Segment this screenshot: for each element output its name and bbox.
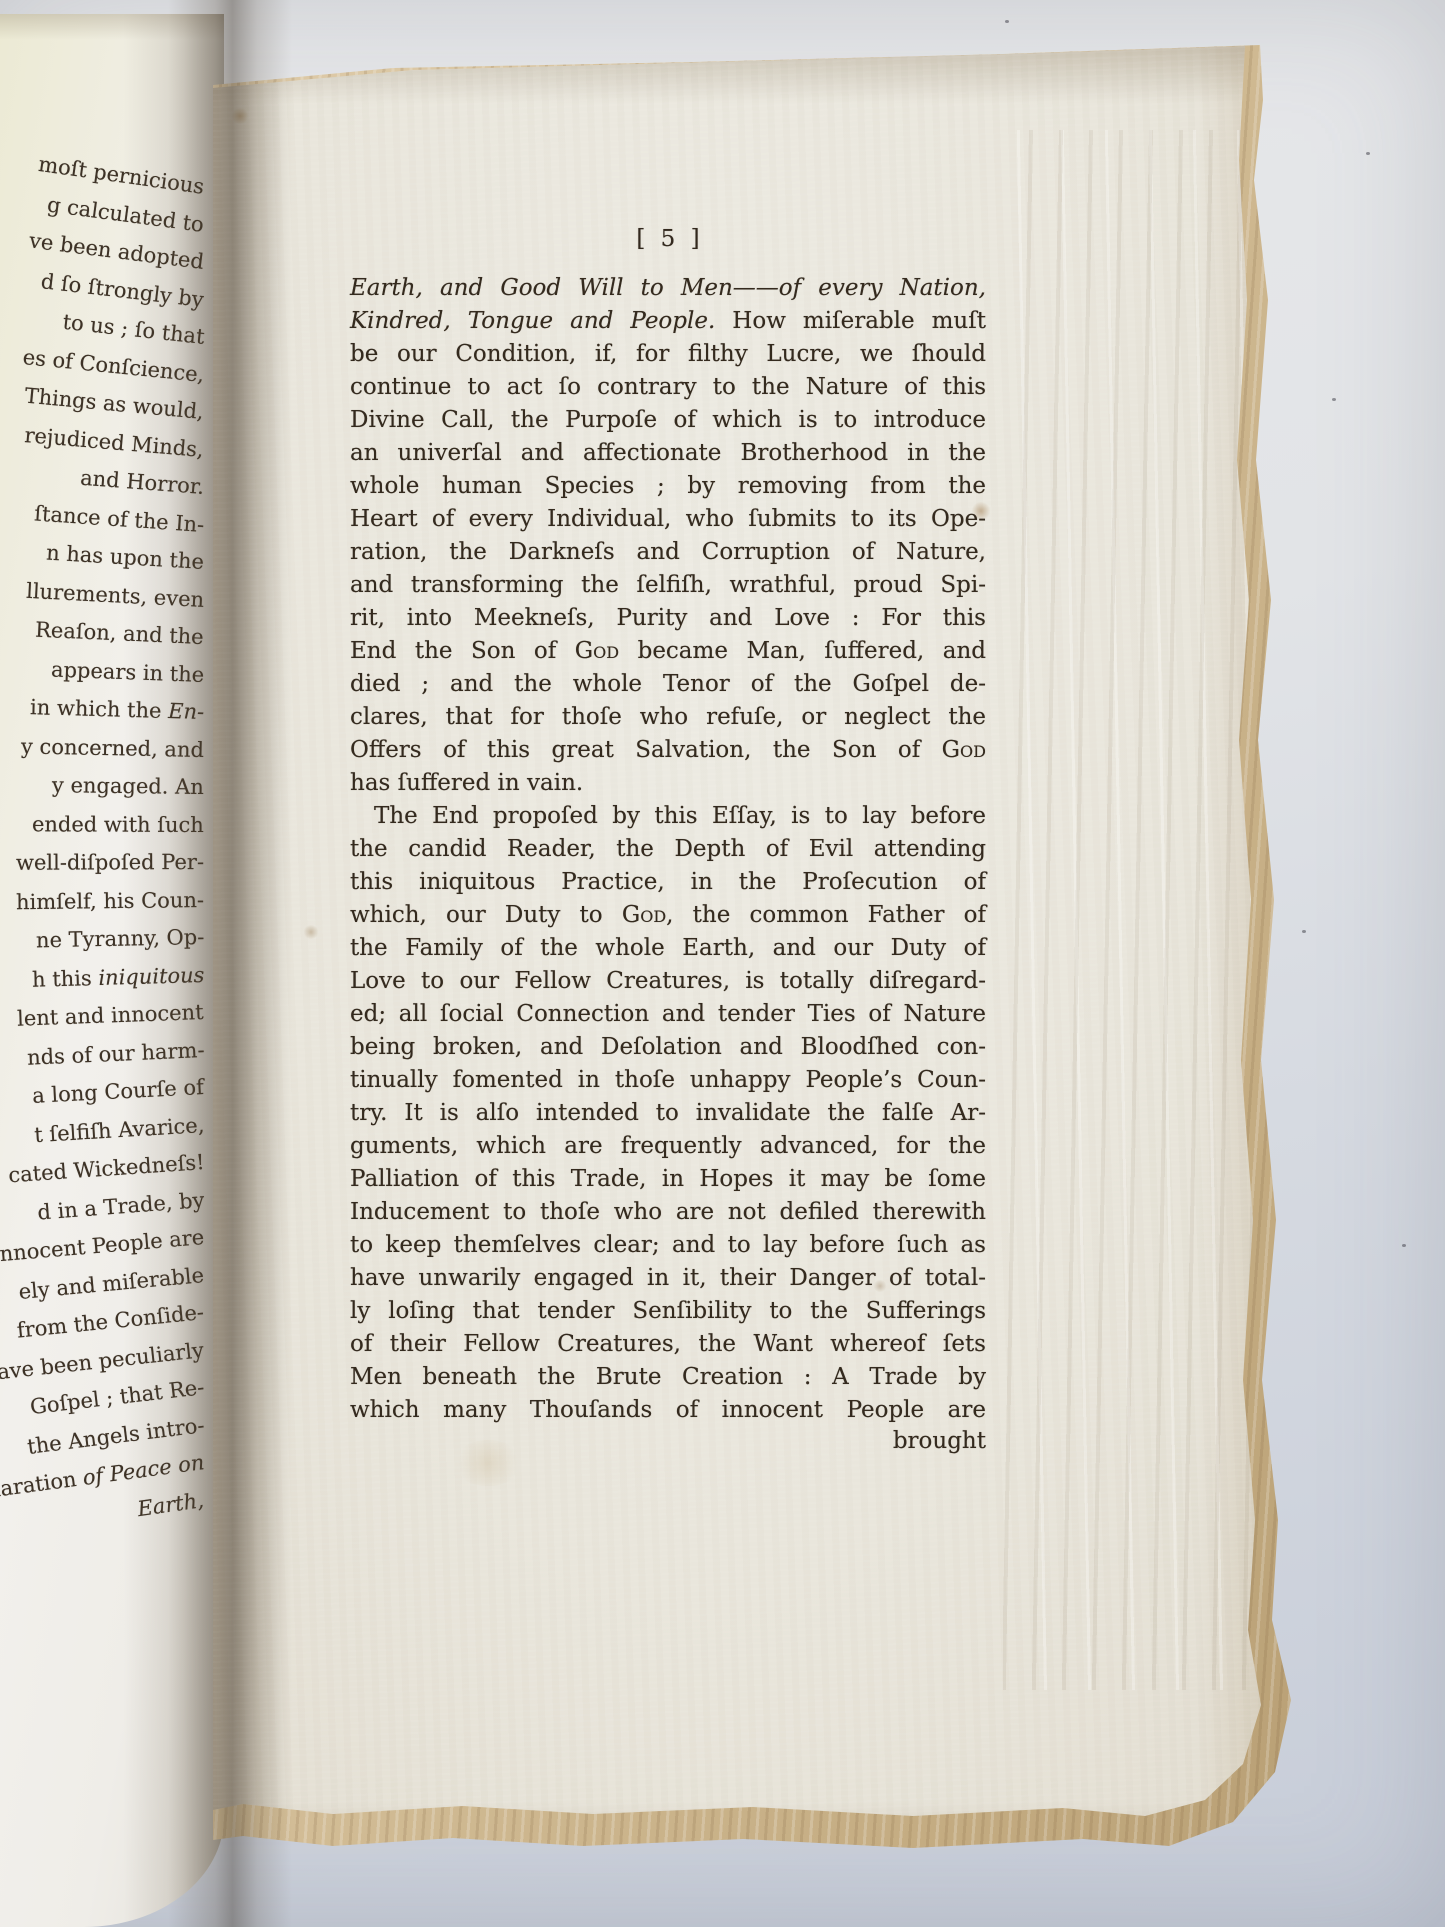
text: Offers of this great Salvation, the Son …: [350, 737, 942, 763]
text: of their Fellow Creatures, the Want wher…: [350, 1331, 986, 1357]
italic-text: Kindred, Tongue and People.: [350, 308, 715, 334]
text: became Man, ſuffered, and: [619, 638, 986, 664]
backdrop-speck: [1366, 152, 1370, 155]
text-line: ed; all ſocial Connection and tender Tie…: [350, 998, 986, 1031]
text-line: which many Thouſands of innocent People …: [350, 1394, 986, 1427]
text-line: whole human Species ; by removing from t…: [350, 470, 986, 503]
text-line: End the Son of God became Man, ſuffered,…: [350, 635, 986, 668]
text-line: the Family of the whole Earth, and our D…: [350, 932, 986, 965]
backdrop-speck: [1332, 398, 1336, 401]
text: How miſerable muſt: [715, 308, 986, 334]
text: Men beneath the Brute Creation : A Trade…: [350, 1364, 986, 1390]
text-line: guments, which are frequently advanced, …: [350, 1130, 986, 1163]
text-line: the candid Reader, the Depth of Evil att…: [350, 833, 986, 866]
text-line: Love to our Fellow Creatures, is totally…: [350, 965, 986, 998]
text-line: an univerſal and affectionate Brotherhoo…: [350, 437, 986, 470]
text-line: Offers of this great Salvation, the Son …: [350, 734, 986, 767]
fox-spot: [303, 925, 319, 939]
text-line: have unwarily engaged in it, their Dange…: [350, 1262, 986, 1295]
text-line: continue to act ſo contrary to the Natur…: [350, 371, 986, 404]
text-line: Divine Call, the Purpoſe of which is to …: [350, 404, 986, 437]
text-line: Earth, and Good Will to Men——of every Na…: [350, 272, 986, 305]
text: rit, into Meekneſs, Purity and Love : Fo…: [350, 605, 986, 631]
text: an univerſal and affectionate Brotherhoo…: [350, 440, 986, 466]
text: ration, the Darkneſs and Corruption of N…: [350, 539, 986, 565]
book-photo: moſt perniciousg calculated tove been ad…: [0, 0, 1445, 1927]
text: this iniquitous Practice, in the Proſecu…: [350, 869, 986, 895]
text-line: of their Fellow Creatures, the Want wher…: [350, 1328, 986, 1361]
italic-text: Earth, and Good Will to Men——of every Na…: [350, 275, 986, 301]
text: guments, which are frequently advanced, …: [350, 1133, 986, 1159]
text: died ; and the whole Tenor of the Goſpel…: [350, 671, 986, 697]
text-line: ly loſing that tender Senſibility to the…: [350, 1295, 986, 1328]
text-line: try. It is alſo intended to invalidate t…: [350, 1097, 986, 1130]
text: which, our Duty to: [350, 902, 622, 928]
text-line: which, our Duty to God, the common Fathe…: [350, 899, 986, 932]
text-line: clares, that for thoſe who refuſe, or ne…: [350, 701, 986, 734]
text-line: Men beneath the Brute Creation : A Trade…: [350, 1361, 986, 1394]
text: ly loſing that tender Senſibility to the…: [350, 1298, 986, 1324]
paper-wrinkles: [1003, 130, 1253, 1690]
text-line: this iniquitous Practice, in the Proſecu…: [350, 866, 986, 899]
text-line: has ſuffered in vain.: [350, 767, 986, 800]
left-page-gutter-shading: [0, 14, 224, 1927]
text-line: Inducement to thoſe who are not defiled …: [350, 1196, 986, 1229]
text: , the common Father of: [666, 902, 986, 928]
small-caps-text: God: [942, 737, 986, 763]
text: and transforming the ſelfiſh, wrathful, …: [350, 572, 986, 598]
text: to keep themſelves clear; and to lay bef…: [350, 1232, 986, 1258]
text-line: and transforming the ſelfiſh, wrathful, …: [350, 569, 986, 602]
fox-spot: [231, 108, 249, 124]
text: Palliation of this Trade, in Hopes it ma…: [350, 1166, 986, 1192]
text-line: Heart of every Individual, who ſubmits t…: [350, 503, 986, 536]
text-line: Palliation of this Trade, in Hopes it ma…: [350, 1163, 986, 1196]
small-caps-text: God: [622, 902, 666, 928]
text-line: ration, the Darkneſs and Corruption of N…: [350, 536, 986, 569]
text: has ſuffered in vain.: [350, 770, 583, 796]
backdrop-speck: [1302, 930, 1306, 933]
text: be our Condition, if, for filthy Lucre, …: [350, 341, 986, 367]
text: Love to our Fellow Creatures, is totally…: [350, 968, 986, 994]
text: clares, that for thoſe who refuſe, or ne…: [350, 704, 986, 730]
text-line: being broken, and Deſolation and Bloodſh…: [350, 1031, 986, 1064]
text: tinually fomented in thoſe unhappy Peopl…: [350, 1067, 986, 1093]
text-line: died ; and the whole Tenor of the Goſpel…: [350, 668, 986, 701]
text: End the Son of: [350, 638, 575, 664]
text: being broken, and Deſolation and Bloodſh…: [350, 1034, 986, 1060]
text-line: rit, into Meekneſs, Purity and Love : Fo…: [350, 602, 986, 635]
backdrop-speck: [1005, 20, 1009, 23]
text: try. It is alſo intended to invalidate t…: [350, 1100, 986, 1126]
text-line: The End propoſed by this Eſſay, is to la…: [350, 800, 986, 833]
left-page: moſt perniciousg calculated tove been ad…: [0, 14, 224, 1927]
page-number-header: [ 5 ]: [350, 226, 986, 252]
text: have unwarily engaged in it, their Dange…: [350, 1265, 986, 1291]
catchword: brought: [350, 1428, 986, 1454]
text: the candid Reader, the Depth of Evil att…: [350, 836, 986, 862]
text: whole human Species ; by removing from t…: [350, 473, 986, 499]
text-line: Kindred, Tongue and People. How miſerabl…: [350, 305, 986, 338]
text-line: tinually fomented in thoſe unhappy Peopl…: [350, 1064, 986, 1097]
text: Divine Call, the Purpoſe of which is to …: [350, 407, 986, 433]
text: The End propoſed by this Eſſay, is to la…: [374, 803, 986, 829]
small-caps-text: God: [575, 638, 619, 664]
text: the Family of the whole Earth, and our D…: [350, 935, 986, 961]
text: continue to act ſo contrary to the Natur…: [350, 374, 986, 400]
text: which many Thouſands of innocent People …: [350, 1397, 986, 1423]
backdrop-speck: [1402, 1244, 1406, 1247]
text-line: be our Condition, if, for filthy Lucre, …: [350, 338, 986, 371]
text-line: to keep themſelves clear; and to lay bef…: [350, 1229, 986, 1262]
text: Inducement to thoſe who are not defiled …: [350, 1199, 986, 1225]
text: Heart of every Individual, who ſubmits t…: [350, 506, 986, 532]
text: ed; all ſocial Connection and tender Tie…: [350, 1001, 986, 1027]
